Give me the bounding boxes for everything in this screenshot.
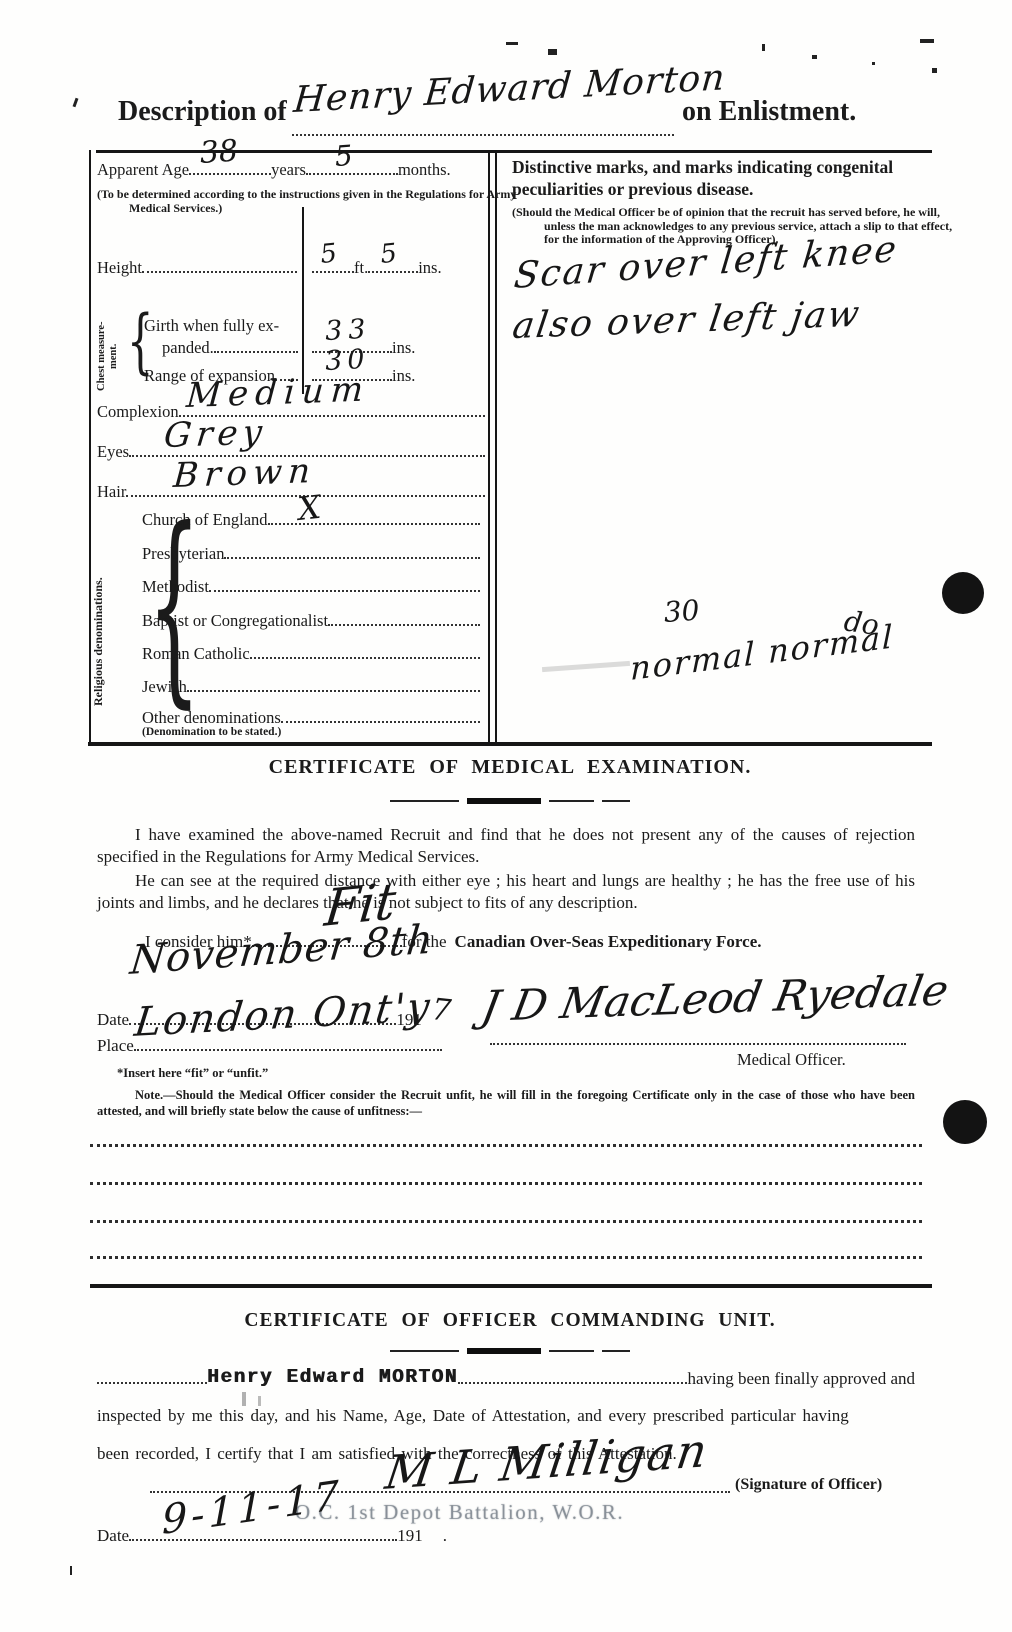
height-inches-field: 5 [368, 268, 418, 273]
dotted-leader [97, 1379, 207, 1384]
other-denomination-note: (Denomination to be stated.) [142, 726, 281, 738]
apparent-age-months-field: 5 [306, 170, 398, 175]
place-label: Place [97, 1036, 134, 1056]
scan-artifact [812, 55, 817, 59]
dotted-leader [224, 554, 480, 559]
religion-row-presbyterian: Presbyterian [142, 544, 480, 564]
religion-row-jewish: Jewish [142, 677, 480, 697]
section-divider [390, 1348, 630, 1354]
divider-segment [549, 800, 595, 802]
complexion-value: Medium [185, 369, 371, 416]
title-dotted-line [292, 131, 674, 136]
attestation-form-scan: Description of Henry Edward Morton on En… [0, 0, 1012, 1632]
medical-paragraph-1: I have examined the above-named Recruit … [97, 824, 915, 869]
range-unit-label: ins. [392, 366, 415, 386]
punch-hole [942, 572, 984, 614]
period-mark: . [443, 1526, 447, 1546]
unfitness-note: Note.—Should the Medical Officer conside… [97, 1088, 915, 1119]
dotted-leader [187, 687, 480, 692]
scan-artifact [73, 98, 79, 107]
box-bottom-rule [88, 742, 932, 746]
blank-dotted-line [90, 1256, 922, 1259]
apparent-age-years-field: 38 [189, 170, 271, 175]
dotted-leader [281, 718, 480, 723]
dotted-leader [209, 587, 480, 592]
religion-label: Other denominations [142, 708, 281, 728]
religion-side-label: Religious denominations. [92, 556, 106, 728]
signature-of-officer-caption: (Signature of Officer) [735, 1476, 882, 1494]
officer-name-row: Henry Edward MORTON having been finally … [97, 1368, 915, 1390]
dotted-leader [134, 1046, 442, 1051]
girth-label-line2-row: panded. [162, 338, 298, 358]
scan-artifact [506, 42, 518, 45]
faint-pencil-mark [242, 1392, 246, 1406]
hair-label: Hair [97, 482, 126, 502]
punch-hole [943, 1100, 987, 1144]
blank-dotted-line [90, 1220, 922, 1223]
page-title-suffix: on Enlistment. [682, 96, 856, 128]
height-feet-value: 5 [319, 238, 339, 270]
months-unit-label: months. [398, 160, 451, 180]
box-center-rule-2 [495, 153, 497, 743]
apparent-age-months-value: 5 [334, 139, 354, 173]
religion-label: Church of England [142, 510, 268, 530]
height-value-row: 5 ft. 5 ins. [312, 258, 482, 278]
religion-x-mark: X [296, 488, 323, 528]
blank-dotted-line [90, 1144, 922, 1147]
years-unit-label: years [271, 160, 306, 180]
religion-label: Jewish [142, 677, 187, 697]
height-label: Height [97, 258, 142, 278]
date-label: Date [97, 1526, 129, 1546]
eyes-value: Grey [162, 412, 269, 456]
section-divider [390, 798, 630, 804]
feet-unit-label: ft. [354, 258, 368, 278]
girth-value: 33 [324, 314, 372, 347]
date-label: Date [97, 1010, 129, 1030]
religion-row-baptist: Baptist or Congregationalist [142, 611, 480, 631]
divider-segment [602, 1350, 630, 1352]
divider-segment [390, 1350, 459, 1352]
medical-place-row: Place [97, 1036, 442, 1056]
divider-segment [467, 798, 540, 804]
faint-smudge [542, 661, 630, 672]
officer-line-2: inspected by me this day, and his Name, … [97, 1406, 915, 1426]
scan-artifact [920, 39, 934, 43]
scan-artifact [872, 62, 875, 65]
dotted-leader [129, 1536, 397, 1541]
divider-segment [549, 1350, 595, 1352]
apparent-age-note: (To be determined according to the instr… [97, 188, 529, 215]
distinctive-marks-entry-2: also over left jaw [510, 294, 864, 347]
year-handwritten: 7 [430, 992, 453, 1029]
recruit-name-typed: Henry Edward MORTON [207, 1366, 458, 1388]
left-column-value-divider [302, 207, 304, 394]
religion-label: Methodist [142, 577, 209, 597]
scan-artifact [932, 68, 937, 73]
religion-label: Roman Catholic [142, 644, 250, 664]
section-separator-rule [90, 1284, 932, 1288]
faint-pencil-mark [258, 1396, 261, 1406]
medical-officer-signature: J D MacLeod Ryedale [478, 965, 952, 1031]
religion-label: Presbyterian [142, 544, 224, 564]
medical-certificate-heading: CERTIFICATE OF MEDICAL EXAMINATION. [88, 756, 932, 779]
eyes-label: Eyes [97, 442, 129, 462]
dotted-leader [458, 1379, 688, 1384]
height-feet-field: 5 [312, 268, 354, 273]
distinctive-marks-heading: Distinctive marks, and marks indicating … [512, 157, 926, 201]
annotation-30: 30 [663, 594, 701, 629]
religion-label: Baptist or Congregationalist [142, 611, 328, 631]
blank-dotted-line [90, 1182, 922, 1185]
scan-artifact [548, 49, 557, 55]
divider-segment [467, 1348, 540, 1354]
insert-fit-note: *Insert here “fit” or “unfit.” [117, 1066, 268, 1081]
dotted-leader [214, 348, 298, 353]
officer-date-row: Date 191 . [97, 1526, 447, 1546]
officer-certificate-heading: CERTIFICATE OF OFFICER COMMANDING UNIT. [88, 1310, 932, 1332]
date-handwritten: November 8th [128, 916, 436, 984]
divider-segment [390, 800, 459, 802]
medical-officer-title: Medical Officer. [737, 1050, 846, 1070]
apparent-age-row: Apparent Age 38 years 5 months. [97, 160, 489, 180]
girth-label-line2: panded. [162, 338, 214, 358]
religion-row-other: Other denominations [142, 708, 480, 728]
inches-unit-label: ins. [418, 258, 441, 278]
religion-row-roman-catholic: Roman Catholic [142, 644, 480, 664]
religion-row-methodist: Methodist [142, 577, 480, 597]
signature-dotted-line [490, 1040, 906, 1045]
chest-measurement-side-label: Chest measure-ment. [96, 314, 120, 398]
recruit-name-handwritten: Henry Edward Morton [292, 57, 727, 121]
height-inches-value: 5 [379, 238, 399, 270]
girth-unit-label: ins. [392, 338, 415, 358]
height-row: Height [97, 258, 297, 278]
unit-stamp: O.C. 1st Depot Battalion, W.O.R. [295, 1500, 624, 1525]
dotted-leader [328, 621, 480, 626]
force-name: Canadian Over-Seas Expeditionary Force. [455, 932, 762, 952]
medical-paragraph-2: He can see at the required distance with… [97, 870, 915, 915]
box-center-rule [488, 153, 490, 743]
apparent-age-label: Apparent Age [97, 160, 189, 180]
girth-label-line1: Girth when fully ex- [144, 316, 279, 336]
divider-segment [602, 800, 630, 802]
scan-artifact [70, 1566, 72, 1575]
page-title-prefix: Description of [118, 96, 287, 128]
dotted-leader [250, 654, 480, 659]
dotted-leader [142, 268, 297, 273]
scan-artifact [762, 44, 765, 51]
year-printed: 191 [397, 1526, 423, 1546]
apparent-age-years-value: 38 [199, 133, 240, 171]
approved-text: having been finally approved and [687, 1369, 915, 1389]
